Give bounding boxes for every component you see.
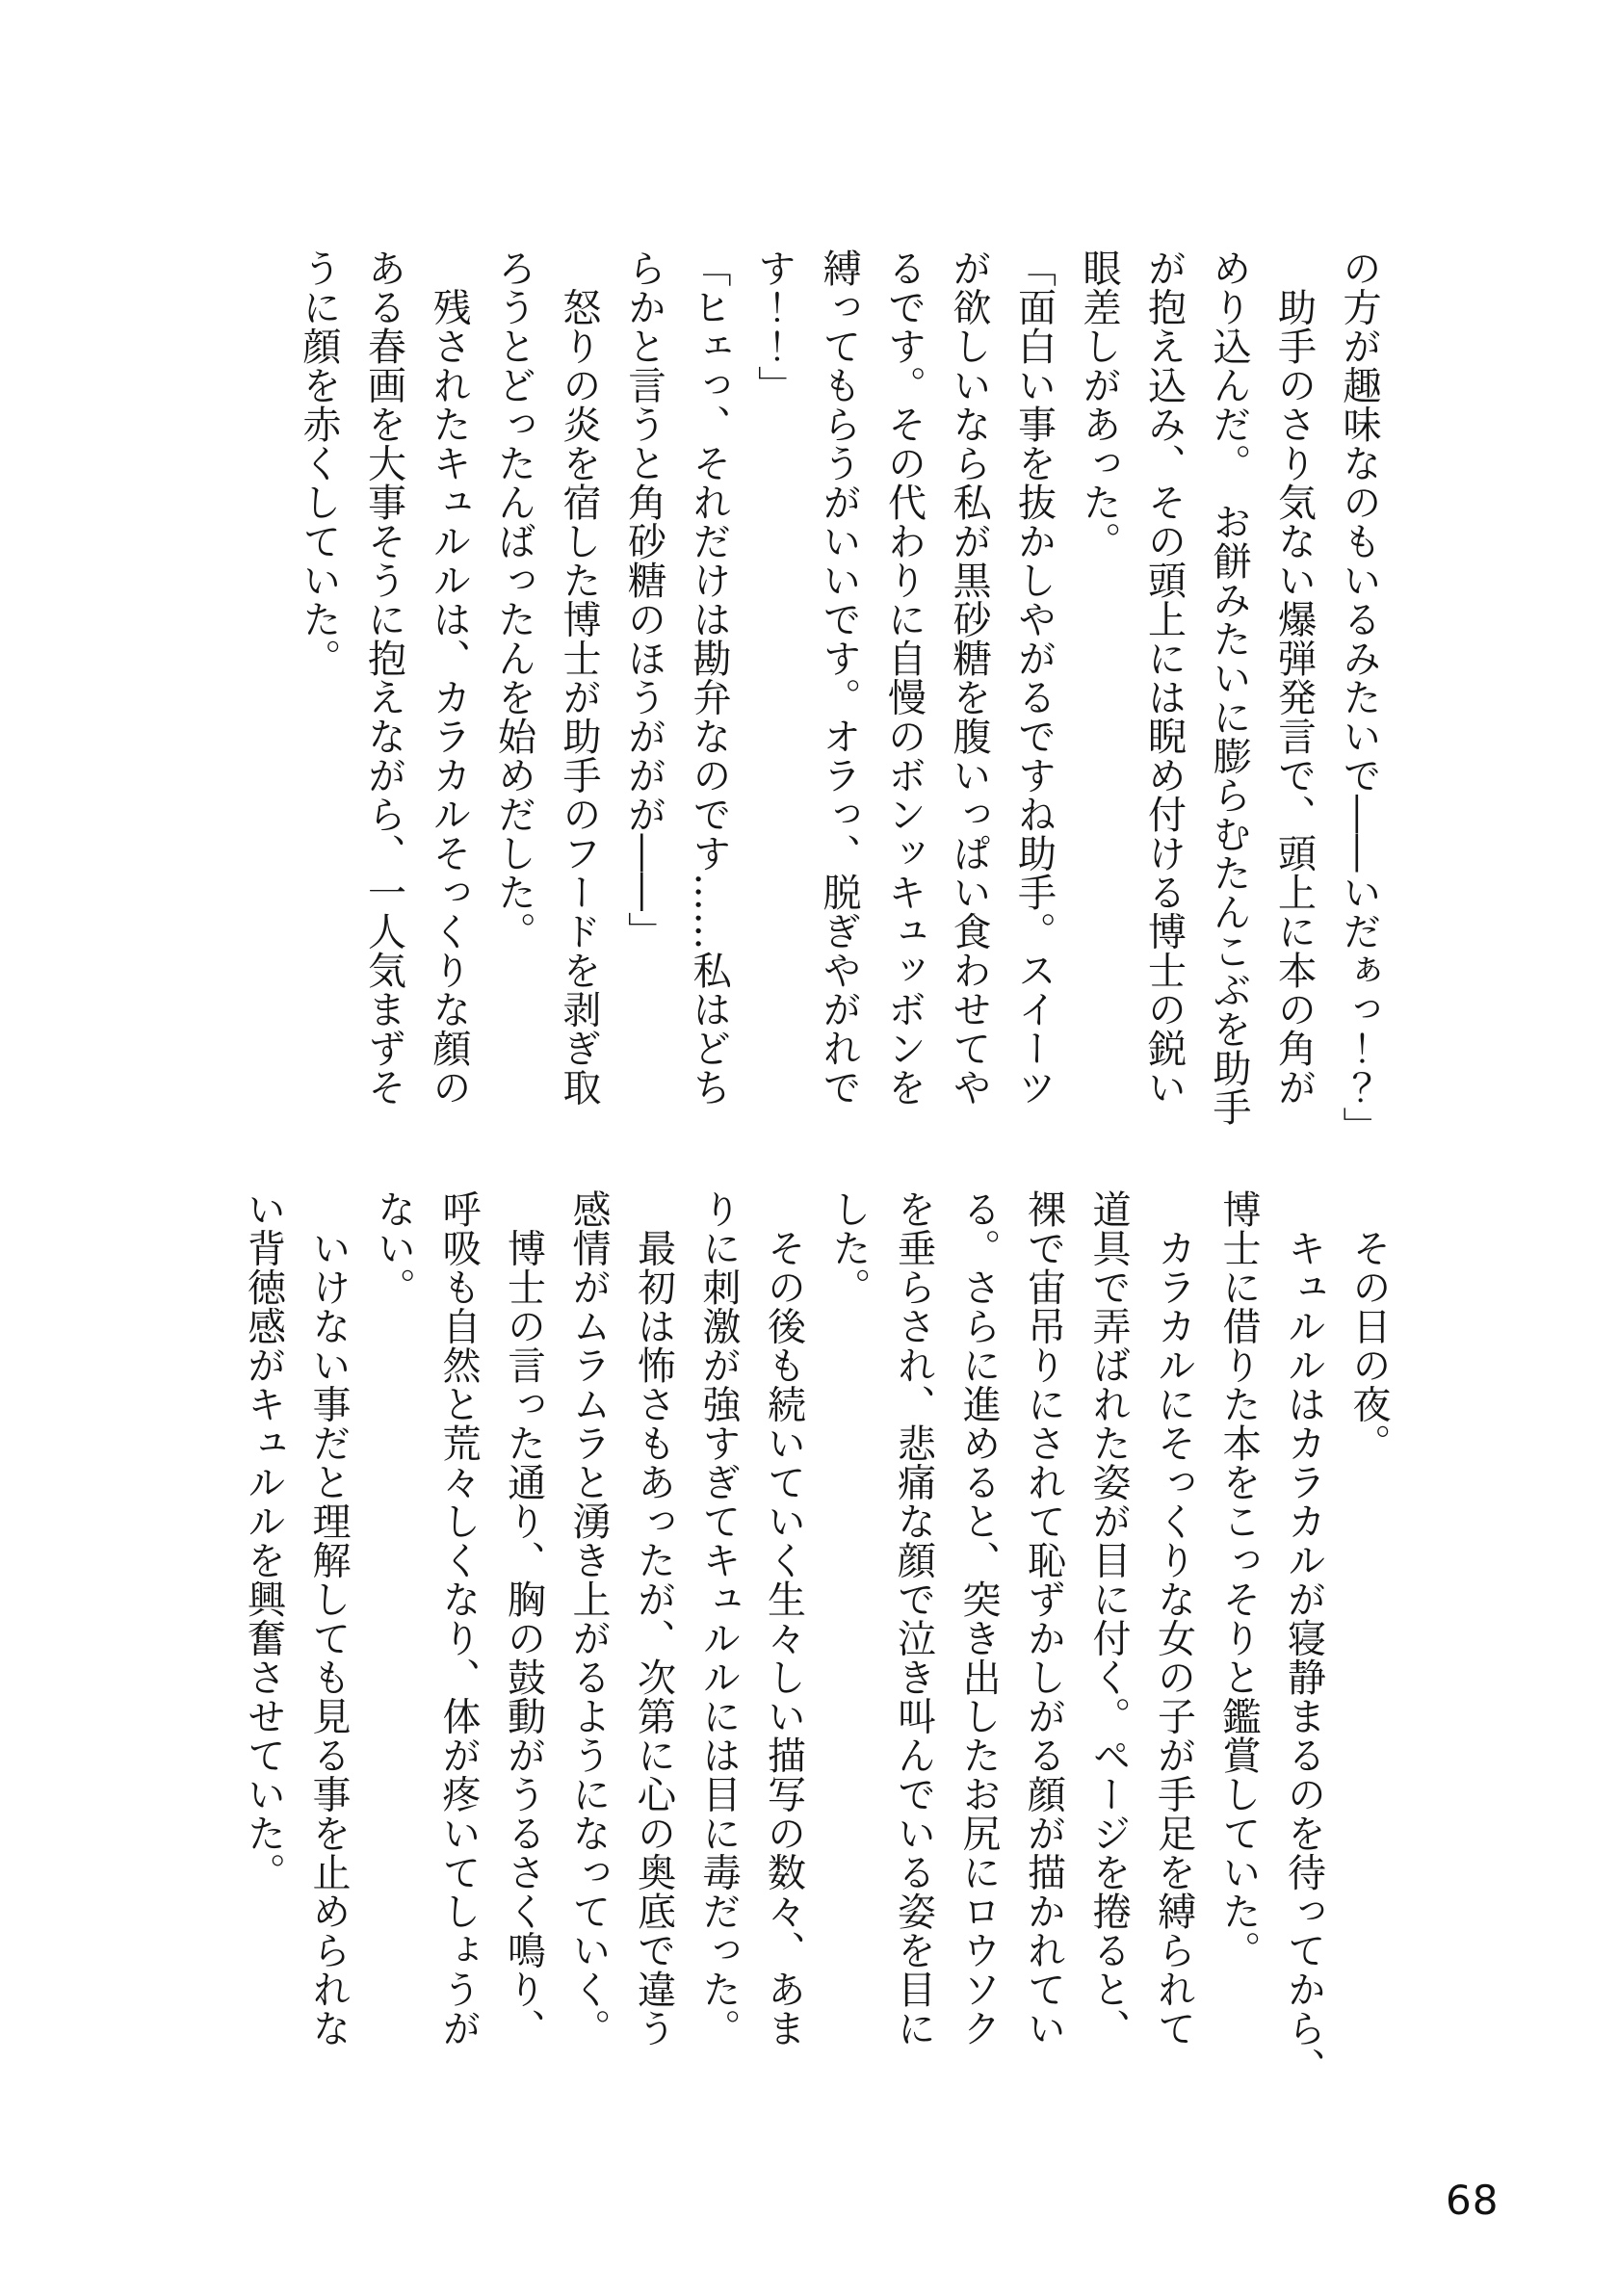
text-line: した。 <box>816 1189 881 2042</box>
text-line: 残されたキュルルは、カラカルそっくりな顔の <box>416 248 482 1101</box>
text-line: うに顔を赤くしていた。 <box>286 248 352 1101</box>
text-line: ろうとどったんばったんを始めだした。 <box>481 248 546 1101</box>
text-line: らかと言うと角砂糖のほうががが――」 <box>611 248 676 1101</box>
text-line: 助手のさり気ない爆弾発言で、頭上に本の角が <box>1261 248 1326 1101</box>
text-line: 眼差しがあった。 <box>1066 248 1132 1101</box>
text-line: 裸で宙吊りにされて恥ずかしがる顔が描かれてい <box>1010 1189 1076 2042</box>
text-line: カラカルにそっくりな女の子が手足を縛られて <box>1140 1189 1206 2042</box>
text-line: 怒りの炎を宿した博士が助手のフードを剥ぎ取 <box>546 248 612 1101</box>
text-line: いけない事だと理解しても見る事を止められな <box>296 1189 361 2042</box>
text-line: その日の夜。 <box>1336 1189 1401 2042</box>
text-line: りに刺激が強すぎてキュルルには目に毒だった。 <box>686 1189 751 2042</box>
text-line: 道具で弄ばれた姿が目に付く。ページを捲ると、 <box>1076 1189 1141 2042</box>
text-line: 博士の言った通り、胸の鼓動がうるさく鳴り、 <box>490 1189 556 2042</box>
text-line: 最初は怖さもあったが、次第に心の奥底で違う <box>620 1189 686 2042</box>
book-page: の方が趣味なのもいるみたいで――いだぁっ！？」 助手のさり気ない爆弾発言で、頭上… <box>0 0 1618 2296</box>
text-line: 博士に借りた本をこっそりと鑑賞していた。 <box>1206 1189 1271 2042</box>
lower-text-block: その日の夜。 キュルルはカラカルが寝静まるのを待ってから、博士に借りた本をこっそ… <box>230 1189 1400 2042</box>
text-line: 「ヒェっ、それだけは勘弁なのです……私はどち <box>676 248 742 1101</box>
text-line: ない。 <box>360 1189 426 2042</box>
text-line: が欲しいなら私が黒砂糖を腹いっぱい食わせてや <box>936 248 1002 1101</box>
text-line: 「面白い事を抜かしやがるですね助手。スイーツ <box>1001 248 1066 1101</box>
text-line: を垂らされ、悲痛な顔で泣き叫んでいる姿を目に <box>880 1189 946 2042</box>
text-line: 縛ってもらうがいいです。オラっ、脱ぎやがれで <box>806 248 872 1101</box>
text-line: キュルルはカラカルが寝静まるのを待ってから、 <box>1270 1189 1336 2042</box>
text-line: めり込んだ。 お餅みたいに膨らむたんこぶを助手 <box>1196 248 1262 1101</box>
text-line: 呼吸も自然と荒々しくなり、体が疼いてしょうが <box>426 1189 491 2042</box>
upper-text-block: の方が趣味なのもいるみたいで――いだぁっ！？」 助手のさり気ない爆弾発言で、頭上… <box>286 248 1392 1101</box>
text-line: が抱え込み、その頭上には睨め付ける博士の鋭い <box>1131 248 1196 1101</box>
text-line: い背徳感がキュルルを興奮させていた。 <box>230 1189 296 2042</box>
text-line: るです。その代わりに自慢のボンッキュッボンを <box>871 248 936 1101</box>
text-line: す！！」 <box>741 248 806 1101</box>
text-line: る。さらに進めると、突き出したお尻にロウソク <box>946 1189 1011 2042</box>
page-number: 68 <box>1446 2177 1499 2224</box>
text-line: ある春画を大事そうに抱えながら、一人気まずそ <box>351 248 416 1101</box>
text-line: その後も続いていく生々しい描写の数々、あま <box>750 1189 816 2042</box>
text-line: 感情がムラムラと湧き上がるようになっていく。 <box>556 1189 621 2042</box>
text-line: の方が趣味なのもいるみたいで――いだぁっ！？」 <box>1326 248 1392 1101</box>
